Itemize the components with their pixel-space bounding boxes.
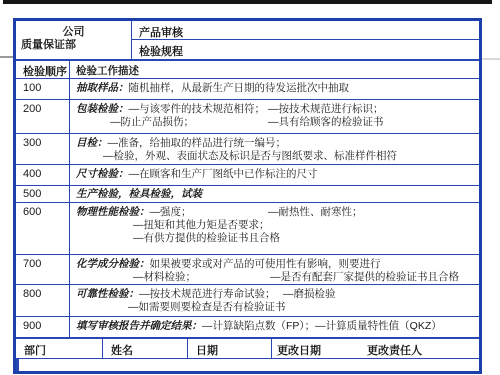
- description-line: 尺寸检验：—在顾客和生产厂图纸中已作标注的尺寸: [76, 168, 479, 181]
- inspection-step-text: 随机抽样，从最新生产日期的待发运批次中抽取: [129, 82, 350, 94]
- description-line: 填写审核报告并确定结果：—计算缺陷点数（FP）；—计算质量特性值（QKZ）: [76, 320, 479, 333]
- row-seq: 200: [16, 100, 70, 133]
- description-line: —检验，外观、表面状态及标识是否与图纸要求、标准样件相符: [76, 150, 479, 163]
- column-header-row: 检验顺序 检验工作描述: [16, 61, 479, 78]
- inspection-step-title: 抽取样品：: [76, 82, 129, 94]
- description-line: —有供方提供的检验证书且合格: [76, 232, 479, 245]
- col-sequence-header: 检验顺序: [16, 61, 70, 78]
- description-line: 抽取样品：随机抽样，从最新生产日期的待发运批次中抽取: [76, 82, 479, 95]
- table-header-block: 公司 质量保证部 产品审核 检验规程: [16, 21, 479, 61]
- change-date-label: 更改日期: [277, 345, 321, 357]
- row-seq: 500: [16, 186, 70, 202]
- description-line: —材料检验；—是否有配套厂家提供的检验证书且合格: [76, 271, 479, 284]
- row-seq: 400: [16, 165, 70, 185]
- inspection-step-text: 如果被要求或对产品的可使用性有影响，则要进行: [150, 258, 381, 270]
- right-edge-mark: [481, 58, 500, 60]
- signature-blank-row: [16, 358, 479, 371]
- org-department-label: 质量保证部: [16, 39, 131, 52]
- inspection-step-text: —按技术规范进行标识；: [268, 103, 384, 116]
- inspection-step-text: —防止产品损伤；: [110, 116, 194, 128]
- date-blank-cell: [18, 359, 19, 371]
- quality-inspection-table: 公司 质量保证部 产品审核 检验规程 检验顺序 检验工作描述 100 抽取样品：…: [13, 18, 482, 374]
- row-description: 物理性能检验：—强度；—耐热性、耐寒性；—扭矩和其他力矩是否要求；—有供方提供的…: [70, 203, 479, 254]
- dept-header-cell: 部门: [16, 339, 103, 358]
- inspection-step-text: —按技术规范进行寿命试验；: [139, 288, 276, 300]
- inspection-step-text: —是否有配套厂家提供的检验证书且合格: [270, 271, 459, 284]
- inspection-step-title: 尺寸检验：: [76, 168, 129, 180]
- table-row-800: 800 可靠性检验：—按技术规范进行寿命试验；—磨损检验—如需要则要检查是否有检…: [16, 284, 479, 316]
- description-line: 目检：—准备，给抽取的样品进行统一编号；: [76, 137, 479, 150]
- inspection-step-text: —在顾客和生产厂图纸中已作标注的尺寸: [129, 168, 318, 180]
- inspection-step-text: —材料检验；: [133, 271, 196, 283]
- description-line: —如需要则要检查是否有检验证书: [76, 301, 479, 314]
- table-row-900: 900 填写审核报告并确定结果：—计算缺陷点数（FP）；—计算质量特性值（QKZ…: [16, 316, 479, 337]
- inspection-step-title: 目检：: [76, 137, 108, 149]
- description-line: 包装检验：—与该零件的技术规范相符；—按技术规范进行标识；: [76, 103, 479, 116]
- inspection-regulation-cell: 检验规程: [132, 40, 479, 59]
- table-row-500: 500 生产检验，检具检验，试装: [16, 185, 479, 202]
- org-company-label: 公司: [16, 26, 131, 39]
- row-description: 目检：—准备，给抽取的样品进行统一编号；—检验，外观、表面状态及标识是否与图纸要…: [70, 134, 479, 164]
- inspection-step-text: —具有给顾客的检验证书: [268, 116, 384, 129]
- table-row-200: 200 包装检验：—与该零件的技术规范相符；—按技术规范进行标识；—防止产品损伤…: [16, 99, 479, 133]
- inspection-step-text: —有供方提供的检验证书且合格: [133, 232, 280, 244]
- row-description: 可靠性检验：—按技术规范进行寿命试验；—磨损检验—如需要则要检查是否有检验证书: [70, 285, 479, 316]
- row-description: 生产检验，检具检验，试装: [70, 186, 479, 202]
- row-seq: 600: [16, 203, 70, 254]
- inspection-step-title: 生产检验，检具检验，试装: [76, 188, 202, 200]
- row-description: 包装检验：—与该零件的技术规范相符；—按技术规范进行标识；—防止产品损伤；—具有…: [70, 100, 479, 133]
- table-row-600: 600 物理性能检验：—强度；—耐热性、耐寒性；—扭矩和其他力矩是否要求；—有供…: [16, 202, 479, 254]
- signature-header-row: 部门 姓名 日期 更改日期 更改责任人: [16, 337, 479, 358]
- row-description: 尺寸检验：—在顾客和生产厂图纸中已作标注的尺寸: [70, 165, 479, 185]
- inspection-step-text: —磨损检验: [283, 288, 336, 301]
- table-row-400: 400 尺寸检验：—在顾客和生产厂图纸中已作标注的尺寸: [16, 164, 479, 185]
- top-black-bar: [3, 0, 492, 4]
- description-line: —防止产品损伤；—具有给顾客的检验证书: [76, 116, 479, 129]
- row-description: 抽取样品：随机抽样，从最新生产日期的待发运批次中抽取: [70, 79, 479, 99]
- description-line: 物理性能检验：—强度；—耐热性、耐寒性；: [76, 206, 479, 219]
- org-cell: 公司 质量保证部: [16, 21, 132, 59]
- inspection-step-text: —强度；: [150, 206, 192, 218]
- doc-type-cells: 产品审核 检验规程: [132, 21, 479, 59]
- inspection-step-title: 包装检验：: [76, 103, 129, 115]
- row-description: 化学成分检验：如果被要求或对产品的可使用性有影响，则要进行—材料检验；—是否有配…: [70, 255, 479, 284]
- table-row-700: 700 化学成分检验：如果被要求或对产品的可使用性有影响，则要进行—材料检验；—…: [16, 254, 479, 284]
- inspection-step-text: —如需要则要检查是否有检验证书: [128, 301, 286, 313]
- row-seq: 300: [16, 134, 70, 164]
- inspection-step-text: —计算缺陷点数（FP）；—计算质量特性值（QKZ）: [202, 320, 442, 332]
- table-row-100: 100 抽取样品：随机抽样，从最新生产日期的待发运批次中抽取: [16, 78, 479, 99]
- inspection-step-title: 填写审核报告并确定结果：: [76, 320, 202, 332]
- col-description-header: 检验工作描述: [70, 61, 479, 78]
- change-header-cell: 更改日期 更改责任人: [272, 339, 479, 358]
- row-seq: 700: [16, 255, 70, 284]
- inspection-step-text: —与该零件的技术规范相符；: [129, 103, 266, 115]
- inspection-step-title: 化学成分检验：: [76, 258, 150, 270]
- row-seq: 100: [16, 79, 70, 99]
- table-row-300: 300 目检：—准备，给抽取的样品进行统一编号；—检验，外观、表面状态及标识是否…: [16, 133, 479, 164]
- name-header-cell: 姓名: [103, 339, 188, 358]
- date-header-cell: 日期: [188, 339, 272, 358]
- change-owner-label: 更改责任人: [367, 342, 422, 358]
- inspection-step-text: —准备，给抽取的样品进行统一编号；: [108, 137, 287, 149]
- inspection-step-text: —扭矩和其他力矩是否要求；: [133, 219, 270, 231]
- inspection-step-title: 可靠性检验：: [76, 288, 139, 300]
- description-line: 化学成分检验：如果被要求或对产品的可使用性有影响，则要进行: [76, 258, 479, 271]
- inspection-step-text: —检验，外观、表面状态及标识是否与图纸要求、标准样件相符: [103, 150, 397, 162]
- description-line: —扭矩和其他力矩是否要求；: [76, 219, 479, 232]
- row-seq: 900: [16, 317, 70, 337]
- row-description: 填写审核报告并确定结果：—计算缺陷点数（FP）；—计算质量特性值（QKZ）: [70, 317, 479, 337]
- product-audit-cell: 产品审核: [132, 21, 479, 40]
- document-page: 公司 质量保证部 产品审核 检验规程 检验顺序 检验工作描述 100 抽取样品：…: [0, 0, 500, 375]
- description-line: 生产检验，检具检验，试装: [76, 188, 479, 201]
- description-line: 可靠性检验：—按技术规范进行寿命试验；—磨损检验: [76, 288, 479, 301]
- inspection-step-title: 物理性能检验：: [76, 206, 150, 218]
- row-seq: 800: [16, 285, 70, 316]
- inspection-step-text: —耐热性、耐寒性；: [268, 206, 363, 219]
- left-edge-mark: [0, 56, 13, 58]
